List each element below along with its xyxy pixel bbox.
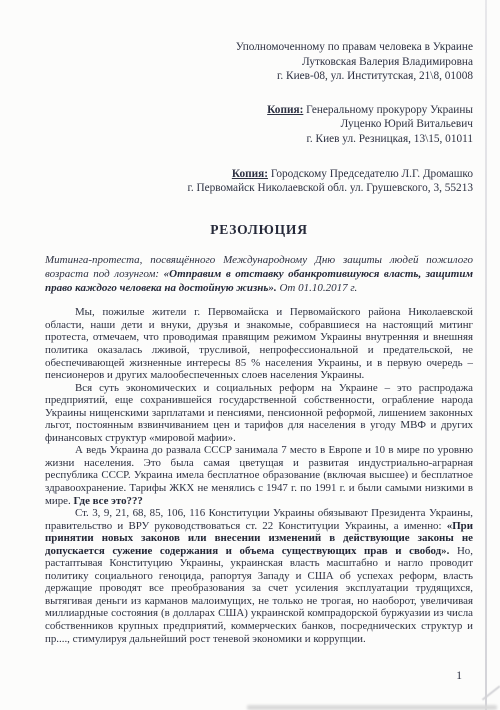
copy1-title-line: Копия: Генеральному прокурору Украины xyxy=(45,103,473,118)
copy1-label: Копия: xyxy=(267,104,303,116)
copy1-name: Луценко Юрий Витальевич xyxy=(45,117,473,132)
scan-edge-line xyxy=(485,0,487,710)
recipient-address-block: Уполномоченному по правам человека в Укр… xyxy=(45,40,473,84)
recipient-title: Уполномоченному по правам человека в Укр… xyxy=(45,40,473,55)
copy2-label: Копия: xyxy=(232,168,268,180)
scanned-document-page: Уполномоченному по правам человека в Укр… xyxy=(0,0,500,710)
scan-bottom-shadow xyxy=(247,705,497,710)
subtitle-date: От 01.10.2017 г. xyxy=(277,282,358,294)
paragraph-1: Мы, пожилые жители г. Первомайска и Перв… xyxy=(45,306,473,381)
document-subtitle: Митинга-протеста, посвящённого Междунаро… xyxy=(45,253,473,296)
paragraph-3-emphasis: Где все это??? xyxy=(73,495,142,507)
copy1-address-block: Копия: Генеральному прокурору Украины Лу… xyxy=(45,103,473,147)
paragraph-2: Вся суть экономических и социальных рефо… xyxy=(45,382,473,445)
copy1-recipient: Генеральному прокурору Украины xyxy=(306,104,473,116)
paragraph-4-text: Но, растаптывая Конституцию Украины, укр… xyxy=(45,545,473,645)
copy2-title-line: Копия: Городскому Председателю Л.Г. Дром… xyxy=(45,167,473,182)
paragraph-4: Ст. 3, 9, 21, 68, 85, 106, 116 Конституц… xyxy=(45,507,473,645)
paragraph-4-intro: Ст. 3, 9, 21, 68, 85, 106, 116 Конституц… xyxy=(45,507,473,532)
paragraph-3: А ведь Украина до развала СССР занимала … xyxy=(45,444,473,507)
copy1-street: г. Киев ул. Резницкая, 13\15, 01011 xyxy=(45,132,473,147)
recipient-street: г. Киев-08, ул. Институтская, 21\8, 0100… xyxy=(45,69,473,84)
document-content: Уполномоченному по правам человека в Укр… xyxy=(45,40,473,645)
copy2-recipient: Городскому Председателю Л.Г. Дромашко xyxy=(271,168,473,180)
copy2-street: г. Первомайск Николаевской обл. ул. Груш… xyxy=(45,181,473,196)
copy2-address-block: Копия: Городскому Председателю Л.Г. Дром… xyxy=(45,167,473,196)
document-title: РЕЗОЛЮЦИЯ xyxy=(45,222,473,238)
recipient-name: Лутковская Валерия Владимировна xyxy=(45,55,473,70)
page-number: 1 xyxy=(456,670,462,682)
